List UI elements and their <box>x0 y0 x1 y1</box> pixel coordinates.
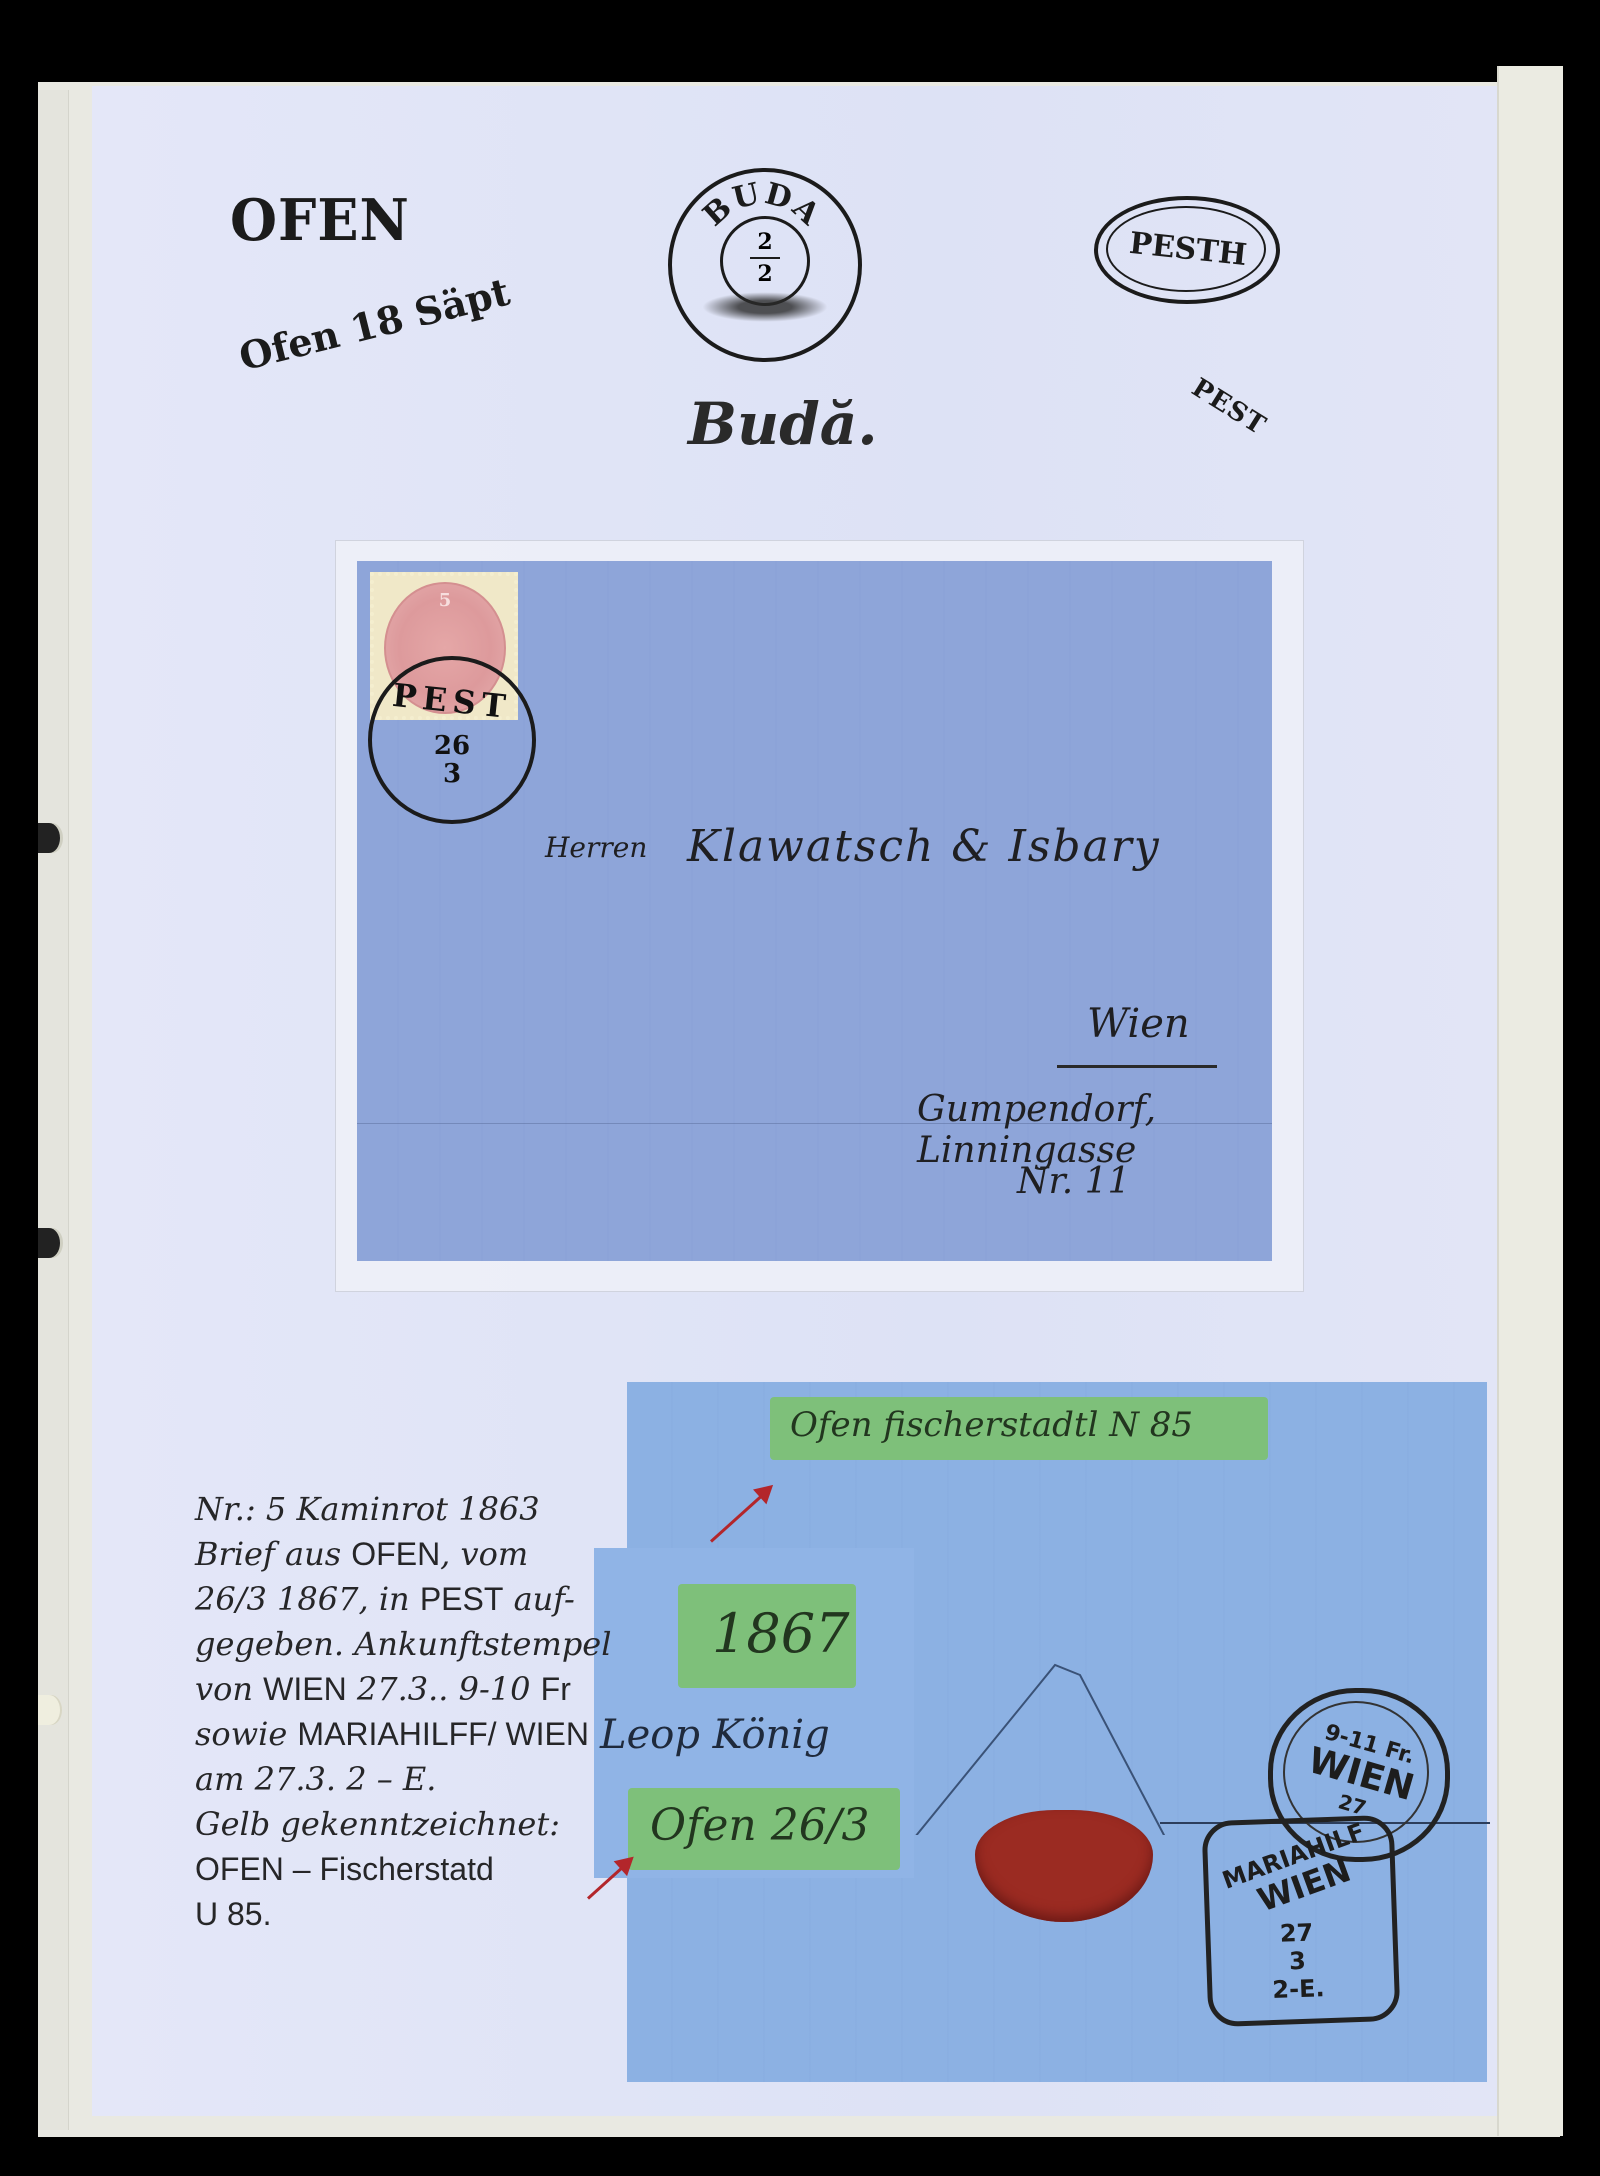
description-line: U 85. <box>195 1892 635 1937</box>
cancel-town: PEST <box>370 674 533 729</box>
binder-hole <box>38 1228 60 1258</box>
address-street: Gumpendorf, Linningasse <box>917 1089 1272 1171</box>
mariahilf-postmark: MARIAHILF WIEN 27 3 2-E. <box>1201 1815 1400 2028</box>
description-line: gegeben. Ankunftstempel <box>195 1622 635 1667</box>
postmark-pesth-oval: PESTH <box>1094 196 1280 304</box>
description-line: Brief aus OFEN, vom <box>195 1532 635 1577</box>
description-line: Gelb gekenntzeichnet: <box>195 1802 635 1847</box>
pest-cancel: PEST 26 3 <box>368 656 536 824</box>
description-line: von WIEN 27.3.. 9-10 Fr <box>195 1667 635 1712</box>
ornament-icon <box>702 292 828 322</box>
postmark-buda-script: Budă. <box>688 390 878 458</box>
envelope-flap-outline <box>915 1655 1175 1835</box>
stamp-denomination: 5 <box>386 590 504 611</box>
note-year: 1867 <box>712 1602 849 1665</box>
postmark-buda-circle: BUDA 2 2 <box>668 168 862 362</box>
postmark-ofen: OFEN <box>230 186 410 253</box>
address-city: Wien <box>1087 1001 1190 1047</box>
description-text: Nr.: 5 Kaminrot 1863Brief aus OFEN, vom2… <box>195 1487 635 1937</box>
cancel-day: 26 <box>372 732 532 760</box>
note-top: Ofen fischerstadtl N 85 <box>790 1405 1193 1445</box>
description-line: OFEN – Fischerstatd <box>195 1847 635 1892</box>
address-prefix: Herren <box>545 831 647 864</box>
address-number: Nr. 11 <box>1017 1161 1130 1202</box>
address-underline <box>517 893 1182 901</box>
description-line: 26/3 1867, in PEST auf- <box>195 1577 635 1622</box>
sleeve-right-edge <box>1497 66 1563 2136</box>
cancel-month: 3 <box>372 760 532 788</box>
cover-front: 5 PEST 26 3 Herren Klawatsch & Isbary Wi… <box>357 561 1272 1261</box>
pesth-text: PESTH <box>1107 224 1270 276</box>
mariahilf-month: 3 <box>1271 1946 1324 1976</box>
mariahilf-time: 2-E. <box>1272 1974 1325 2004</box>
binder-hole <box>38 823 60 853</box>
address-name: Klawatsch & Isbary <box>687 821 1161 872</box>
note-date: Ofen 26/3 <box>650 1800 870 1851</box>
sleeve-binding-strip <box>38 90 69 2130</box>
description-line: am 27.3. 2 – E. <box>195 1757 635 1802</box>
description-line: sowie MARIAHILFF/ WIEN <box>195 1712 635 1757</box>
buda-day: 2 <box>723 227 807 257</box>
description-line: Nr.: 5 Kaminrot 1863 <box>195 1487 635 1532</box>
buda-month: 2 <box>723 259 807 289</box>
mariahilf-day: 27 <box>1270 1918 1323 1948</box>
city-underline <box>1057 1061 1217 1068</box>
binder-hole <box>38 1695 60 1725</box>
